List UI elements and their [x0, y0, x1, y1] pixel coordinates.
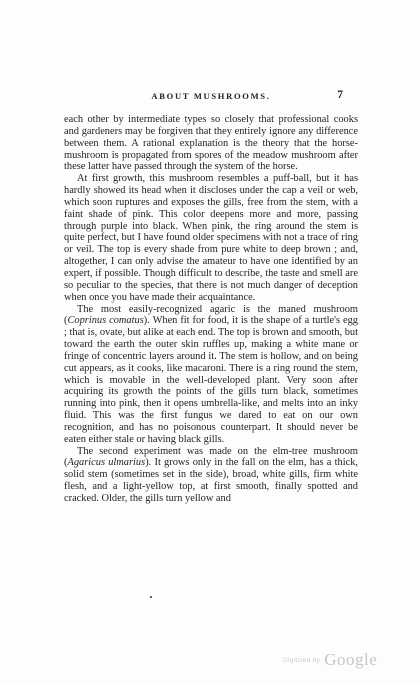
watermark-prefix: Digitized by: [283, 657, 320, 664]
digitized-by-google-watermark: Digitized by Google: [283, 650, 377, 670]
google-logo: Google: [324, 650, 377, 669]
page-number: 7: [337, 89, 343, 101]
paragraph: The second experiment was made on the el…: [64, 446, 358, 505]
paragraph-text: ). When fit for food, it is the shape of…: [64, 315, 358, 444]
paragraph: The most easily-recognized agaric is the…: [64, 304, 358, 446]
paragraph: each other by intermediate types so clos…: [64, 114, 358, 173]
paragraph: At first growth, this mushroom resembles…: [64, 173, 358, 303]
running-header: ABOUT MUSHROOMS. 7: [64, 91, 358, 105]
paragraph-text: each other by intermediate types so clos…: [64, 114, 358, 172]
paragraph-text: At first growth, this mushroom resembles…: [64, 173, 358, 302]
latin-name: Coprinus comatus: [67, 315, 143, 326]
latin-name: Agaricus ulmarius: [67, 457, 145, 468]
body-text: each other by intermediate types so clos…: [64, 114, 358, 505]
scanned-book-page: ABOUT MUSHROOMS. 7 each other by interme…: [0, 0, 420, 683]
page-title: ABOUT MUSHROOMS.: [64, 91, 358, 101]
scan-artifact-speck: [150, 596, 152, 598]
